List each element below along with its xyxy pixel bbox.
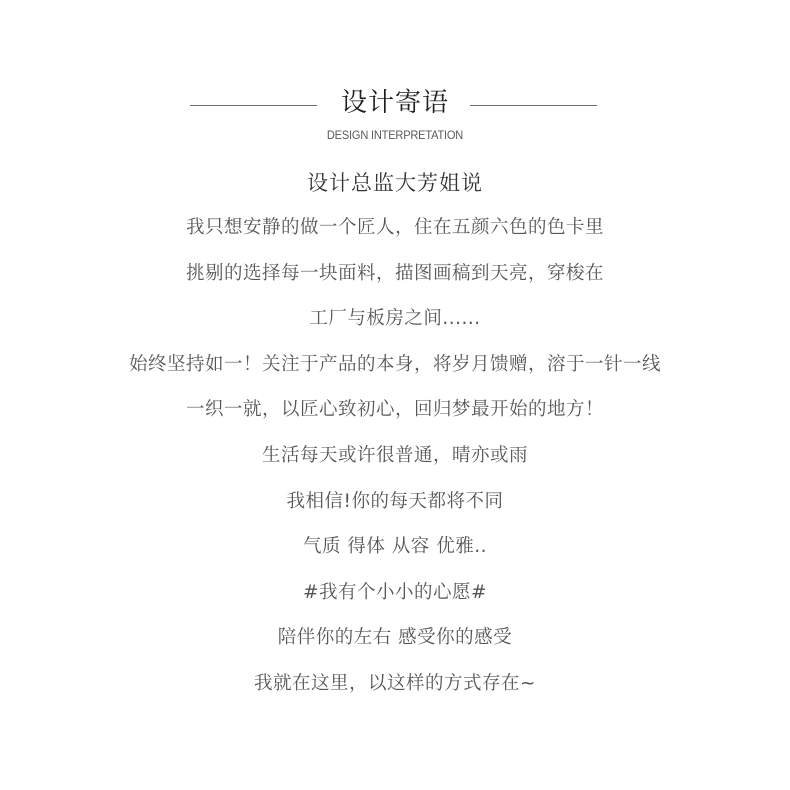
message-line: 我只想安静的做一个匠人，住在五颜六色的色卡里 [0,213,790,259]
section-header: 设计寄语 DESIGN INTERPRETATION [0,84,790,154]
section-subtitle: DESIGN INTERPRETATION [32,128,759,142]
message-line: 一织一就，以匠心致初心，回归梦最开始的地方！ [0,395,790,441]
message-line: 我相信!你的每天都将不同 [0,487,790,533]
message-line: 气质 得体 从容 优雅.. [0,532,790,578]
message-body: 我只想安静的做一个匠人，住在五颜六色的色卡里 挑剔的选择每一块面料，描图画稿到天… [0,213,790,715]
message-line: 挑剔的选择每一块面料，描图画稿到天亮，穿梭在 [0,259,790,305]
speaker-heading: 设计总监大芳姐说 [0,168,790,198]
message-line: 生活每天或许很普通，晴亦或雨 [0,441,790,487]
message-line: 工厂与板房之间...... [0,304,790,350]
message-line: #我有个小小的心愿# [0,578,790,624]
right-divider-line [470,105,597,106]
message-line: 始终坚持如一！关注于产品的本身，将岁月馈赠，溶于一针一线 [0,350,790,396]
message-line: 我就在这里，以这样的方式存在~ [0,669,790,715]
section-title: 设计寄语 [0,86,790,120]
message-line: 陪伴你的左右 感受你的感受 [0,623,790,669]
